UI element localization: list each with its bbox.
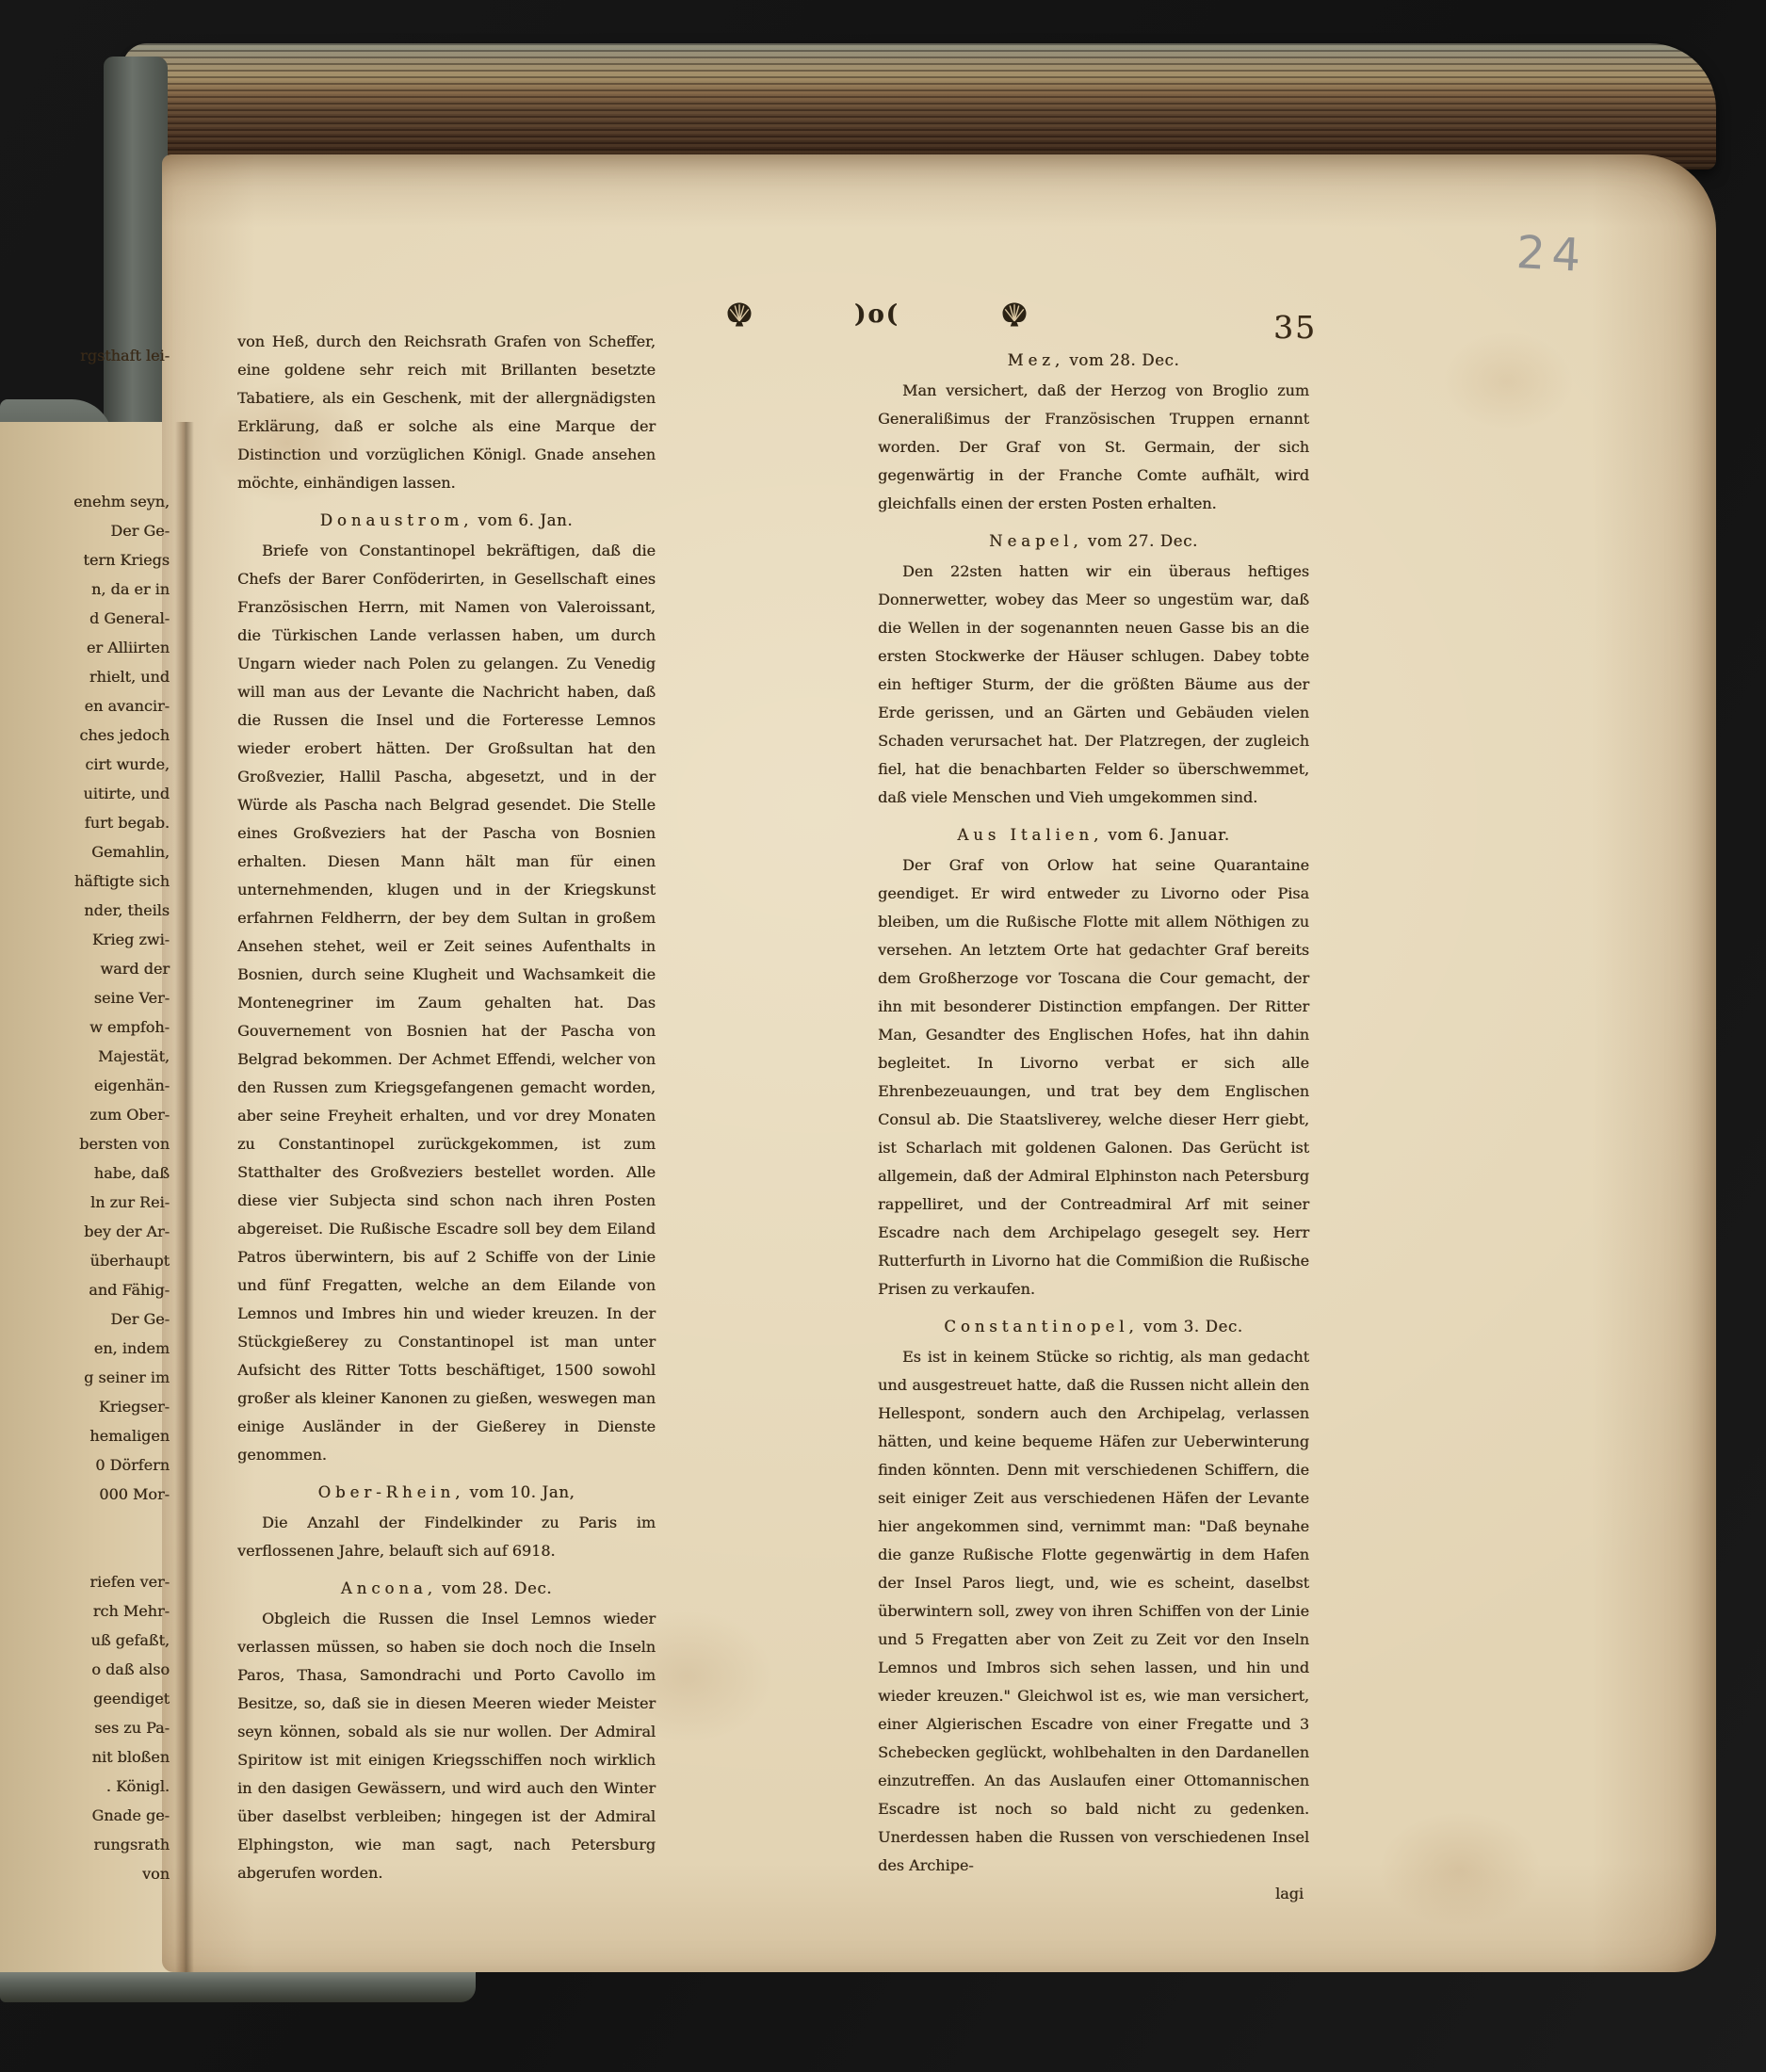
right-text-column: Mez, vom 28. Dec. Man versichert, daß de… [878, 347, 1309, 1908]
book-scan-stage: )o( 35 24 rgsthaft lei- enehm seyn,Der G… [0, 0, 1766, 2072]
section-body: Die Anzahl der Findelkinder zu Paris im … [237, 1509, 656, 1565]
section-heading-aus-italien: Aus Italien, vom 6. Januar. [878, 821, 1309, 850]
fragment-line: o daß also [0, 1655, 170, 1684]
fragment-line: riefen ver- [0, 1567, 170, 1596]
fragment-line: rch Mehr- [0, 1596, 170, 1626]
fragment-line: n, da er in [0, 575, 170, 604]
fragment-line: enehm seyn, [0, 487, 170, 516]
section-body: Briefe von Constantinopel bekräftigen, d… [237, 537, 656, 1469]
fragment-line: bersten von [0, 1129, 170, 1158]
fragment-line: Gnade ge- [0, 1801, 170, 1830]
fragment-line: er Alliirten [0, 633, 170, 662]
fragment-line: nit bloßen [0, 1742, 170, 1772]
fragment-line: zum Ober- [0, 1100, 170, 1129]
fragment-line: hemaligen [0, 1421, 170, 1450]
section-heading-donaustrom: Donaustrom, vom 6. Jan. [237, 507, 656, 535]
fragment-line: and Fähig- [0, 1275, 170, 1304]
fragment-line [0, 370, 170, 399]
shell-ornament-icon [1000, 301, 1029, 328]
fragment-line: rgsthaft lei- [0, 341, 170, 370]
fragment-line: w empfoh- [0, 1012, 170, 1042]
fragment-line: 000 Mor- [0, 1480, 170, 1509]
fragment-line: ward der [0, 954, 170, 983]
fragment-line [0, 1509, 170, 1538]
fragment-line: tern Kriegs [0, 545, 170, 575]
section-body: Es ist in keinem Stücke so richtig, als … [878, 1343, 1309, 1880]
fragment-line [0, 458, 170, 487]
fragment-line: 0 Dörfern [0, 1450, 170, 1480]
fragment-line: eigenhän- [0, 1071, 170, 1100]
continued-paragraph: von Heß, durch den Reichsrath Grafen von… [237, 328, 656, 497]
fragment-line: bey der Ar- [0, 1217, 170, 1246]
fragment-line: d General- [0, 604, 170, 633]
fragment-line: häftigte sich [0, 866, 170, 896]
handwritten-folio-number: 24 [1515, 226, 1589, 283]
fragment-line: ses zu Pa- [0, 1713, 170, 1742]
fragment-line: rhielt, und [0, 662, 170, 691]
section-body: Man versichert, daß der Herzog von Brogl… [878, 377, 1309, 518]
page-number: 35 [1273, 309, 1317, 346]
header-ornament-row: )o( [725, 298, 1029, 332]
fragment-line: Majestät, [0, 1042, 170, 1071]
fragment-line [0, 429, 170, 458]
fragment-line: Der Ge- [0, 516, 170, 545]
fragment-line: überhaupt [0, 1246, 170, 1275]
fragment-line: Kriegser- [0, 1392, 170, 1421]
fragment-line [0, 1538, 170, 1567]
section-body: Obgleich die Russen die Insel Lemnos wie… [237, 1605, 656, 1887]
fragment-line: furt begab. [0, 808, 170, 837]
fragment-line: Der Ge- [0, 1304, 170, 1334]
fragment-line [0, 399, 170, 429]
left-text-column: von Heß, durch den Reichsrath Grafen von… [237, 328, 656, 1887]
fragment-line: geendiget [0, 1684, 170, 1713]
section-heading-mez: Mez, vom 28. Dec. [878, 347, 1309, 375]
fragment-line: seine Ver- [0, 983, 170, 1012]
fragment-line: cirt wurde, [0, 750, 170, 779]
gutter-crease [175, 422, 194, 1972]
shell-ornament-icon [725, 301, 753, 328]
fragment-line: . Königl. [0, 1772, 170, 1801]
fragment-line: rungsrath [0, 1830, 170, 1859]
section-heading-ancona: Ancona, vom 28. Dec. [237, 1575, 656, 1603]
left-page-fragment: rgsthaft lei- enehm seyn,Der Ge-tern Kri… [0, 341, 170, 1888]
fragment-line: von [0, 1859, 170, 1888]
section-heading-ober-rhein: Ober-Rhein, vom 10. Jan, [237, 1479, 656, 1507]
catchword: lagi [878, 1880, 1309, 1908]
fragment-line: Krieg zwi- [0, 925, 170, 954]
fragment-line: en avancir- [0, 691, 170, 720]
book-top-page-edges [122, 43, 1716, 170]
section-heading-neapel: Neapel, vom 27. Dec. [878, 527, 1309, 556]
fragment-line: g seiner im [0, 1363, 170, 1392]
fragment-line: nder, theils [0, 896, 170, 925]
fragment-line: uitirte, und [0, 779, 170, 808]
section-heading-constantinopel: Constantinopel, vom 3. Dec. [878, 1313, 1309, 1341]
center-ornament: )o( [854, 300, 899, 329]
fragment-line: habe, daß [0, 1158, 170, 1188]
fragment-line: uß gefaßt, [0, 1626, 170, 1655]
fragment-line: ches jedoch [0, 720, 170, 750]
fragment-line: Gemahlin, [0, 837, 170, 866]
section-body: Der Graf von Orlow hat seine Quarantaine… [878, 851, 1309, 1303]
fragment-line: en, indem [0, 1334, 170, 1363]
fragment-line: ln zur Rei- [0, 1188, 170, 1217]
section-body: Den 22sten hatten wir ein überaus heftig… [878, 558, 1309, 812]
